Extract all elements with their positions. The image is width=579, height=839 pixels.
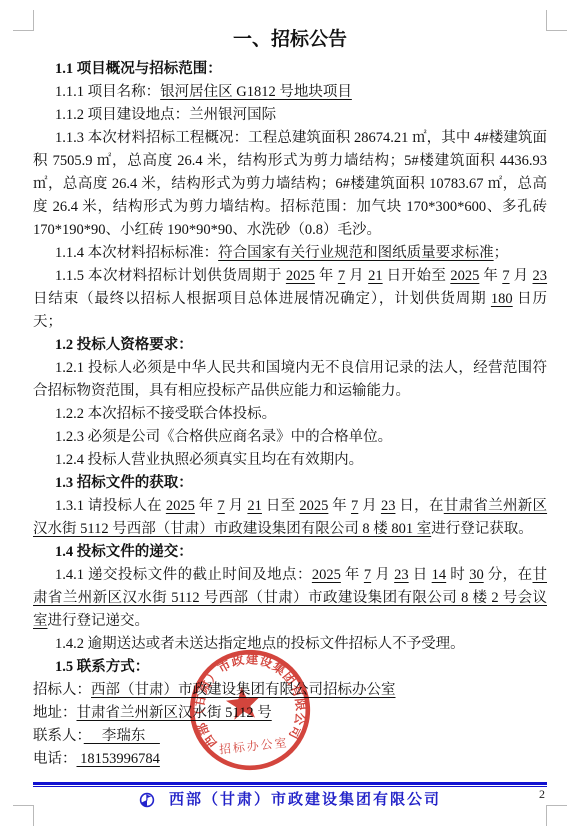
text-run: 年	[328, 498, 351, 514]
document-page: 一、招标公告 1.1 项目概况与招标范围：1.1.1 项目名称：银河居住区 G1…	[0, 0, 579, 839]
text-run: 1.1.3 本次材料招标工程概况：工程总建筑面积 28674.21 ㎡，其中 4…	[33, 130, 551, 238]
text-run: 月	[358, 498, 381, 514]
text-run: 1.3 招标文件的获取：	[55, 475, 193, 491]
text-boundary-mark-bottom-right	[546, 805, 567, 826]
para-1-1-4: 1.1.4 本次材料招标标准：符合国家有关行业规范和图纸质量要求标准；	[33, 242, 547, 265]
text-run: 年	[315, 268, 338, 284]
company-logo-icon	[139, 792, 155, 808]
document-title: 一、招标公告	[33, 26, 547, 54]
underlined-text: 2025	[299, 498, 328, 514]
text-run: 地址：	[33, 705, 77, 721]
text-run: 分，在	[484, 567, 533, 583]
text-run: 1.2 投标人资格要求：	[55, 337, 193, 353]
text-run: 1.1.2 项目建设地点：兰州银河国际	[55, 107, 276, 123]
text-run: 1.4.1 递交投标文件的截止时间及地点：	[55, 567, 312, 583]
footer-rule-thick	[33, 782, 547, 785]
text-run: 日，在	[395, 498, 443, 514]
text-run: 1.1.1 项目名称：	[55, 84, 160, 100]
text-run: 日	[409, 567, 432, 583]
para-1-1-2: 1.1.2 项目建设地点：兰州银河国际	[33, 104, 547, 127]
footer-rule-thin	[33, 786, 547, 787]
text-run: 1.2.3 必须是公司《合格供应商名录》中的合格单位。	[55, 429, 392, 445]
text-run: 时	[446, 567, 469, 583]
underlined-text: 银河居住区 G1812 号地块项目	[160, 84, 352, 100]
underlined-text: 23	[394, 567, 409, 583]
text-run: 年	[195, 498, 218, 514]
page-footer: 西部（甘肃）市政建设集团有限公司 2	[33, 782, 547, 811]
text-run: 1.3.1 请投标人在	[55, 498, 166, 514]
red-star-icon	[225, 685, 262, 720]
para-1-2-3: 1.2.3 必须是公司《合格供应商名录》中的合格单位。	[33, 426, 547, 449]
page-number: 2	[539, 787, 545, 802]
text-run: 联系人：	[33, 728, 84, 744]
para-1-1-3: 1.1.3 本次材料招标工程概况：工程总建筑面积 28674.21 ㎡，其中 4…	[33, 127, 547, 242]
text-boundary-mark-bottom-left	[13, 805, 34, 826]
para-1-4-1: 1.4.1 递交投标文件的截止时间及地点：2025 年 7 月 23 日 14 …	[33, 564, 547, 633]
text-run: 1.1.5 本次材料招标计划供货周期于	[55, 268, 286, 284]
underlined-text: 2025	[286, 268, 315, 284]
underlined-text: 7	[502, 268, 509, 284]
underlined-text: 2025	[312, 567, 341, 583]
text-run: 招标人：	[33, 682, 91, 698]
text-run: 1.1.4 本次材料招标标准：	[55, 245, 218, 261]
heading-1-1: 1.1 项目概况与招标范围：	[33, 58, 547, 81]
heading-1-2: 1.2 投标人资格要求：	[33, 334, 547, 357]
text-run: 月	[225, 498, 248, 514]
text-boundary-mark-top-right	[546, 10, 567, 31]
text-run: 1.2.4 投标人营业执照必须真实且均在有效期内。	[55, 452, 363, 468]
footer-row: 西部（甘肃）市政建设集团有限公司 2	[33, 789, 547, 811]
text-run: 月	[371, 567, 394, 583]
underlined-text: 21	[247, 498, 262, 514]
underlined-text: 2025	[450, 268, 479, 284]
underlined-text: 符合国家有关行业规范和图纸质量要求标准	[218, 245, 494, 261]
underlined-text: 李瑞东	[84, 728, 160, 744]
text-run: 年	[341, 567, 364, 583]
company-seal: 西部（甘肃）市政建设集团有限公司 招标办公室	[180, 640, 321, 781]
para-1-3-1: 1.3.1 请投标人在 2025 年 7 月 21 日至 2025 年 7 月 …	[33, 495, 547, 541]
para-1-2-4: 1.2.4 投标人营业执照必须真实且均在有效期内。	[33, 449, 547, 472]
para-1-1-5: 1.1.5 本次材料招标计划供货周期于 2025 年 7 月 21 日开始至 2…	[33, 265, 547, 334]
text-run: 日至	[262, 498, 299, 514]
underlined-text: 21	[368, 268, 383, 284]
text-run: ；	[494, 245, 509, 261]
underlined-text: 2025	[166, 498, 195, 514]
underlined-text: 30	[469, 567, 484, 583]
underlined-text: 180	[491, 291, 513, 307]
text-run: 1.2.1 投标人必须是中华人民共和国境内无不良信用记录的法人，经营范围符合招标…	[33, 360, 547, 399]
text-run: 进行登记获取。	[431, 521, 533, 537]
text-run: 1.2.2 本次招标不接受联合体投标。	[55, 406, 276, 422]
footer-company-name: 西部（甘肃）市政建设集团有限公司	[169, 790, 441, 810]
seal-office-text: 招标办公室	[218, 735, 289, 756]
text-run: 1.1 项目概况与招标范围：	[55, 61, 222, 77]
para-1-1-1: 1.1.1 项目名称：银河居住区 G1812 号地块项目	[33, 81, 547, 104]
text-run: 1.5 联系方式：	[55, 659, 149, 675]
heading-1-3: 1.3 招标文件的获取：	[33, 472, 547, 495]
text-run: 年	[479, 268, 502, 284]
heading-1-4: 1.4 投标文件的递交：	[33, 541, 547, 564]
underlined-text: 23	[381, 498, 396, 514]
underlined-text: 7	[218, 498, 225, 514]
text-run: 日开始至	[383, 268, 451, 284]
text-run: 进行登记递交。	[48, 613, 150, 629]
underlined-text: 18153996784	[77, 751, 160, 767]
para-1-2-2: 1.2.2 本次招标不接受联合体投标。	[33, 403, 547, 426]
underlined-text: 14	[432, 567, 447, 583]
underlined-text: 23	[533, 268, 548, 284]
text-boundary-mark-top-left	[13, 10, 34, 31]
text-run: 电话：	[33, 751, 77, 767]
text-run: 月	[510, 268, 533, 284]
text-run: 月	[345, 268, 368, 284]
text-run: 1.4 投标文件的递交：	[55, 544, 193, 560]
para-1-2-1: 1.2.1 投标人必须是中华人民共和国境内无不良信用记录的法人，经营范围符合招标…	[33, 357, 547, 403]
